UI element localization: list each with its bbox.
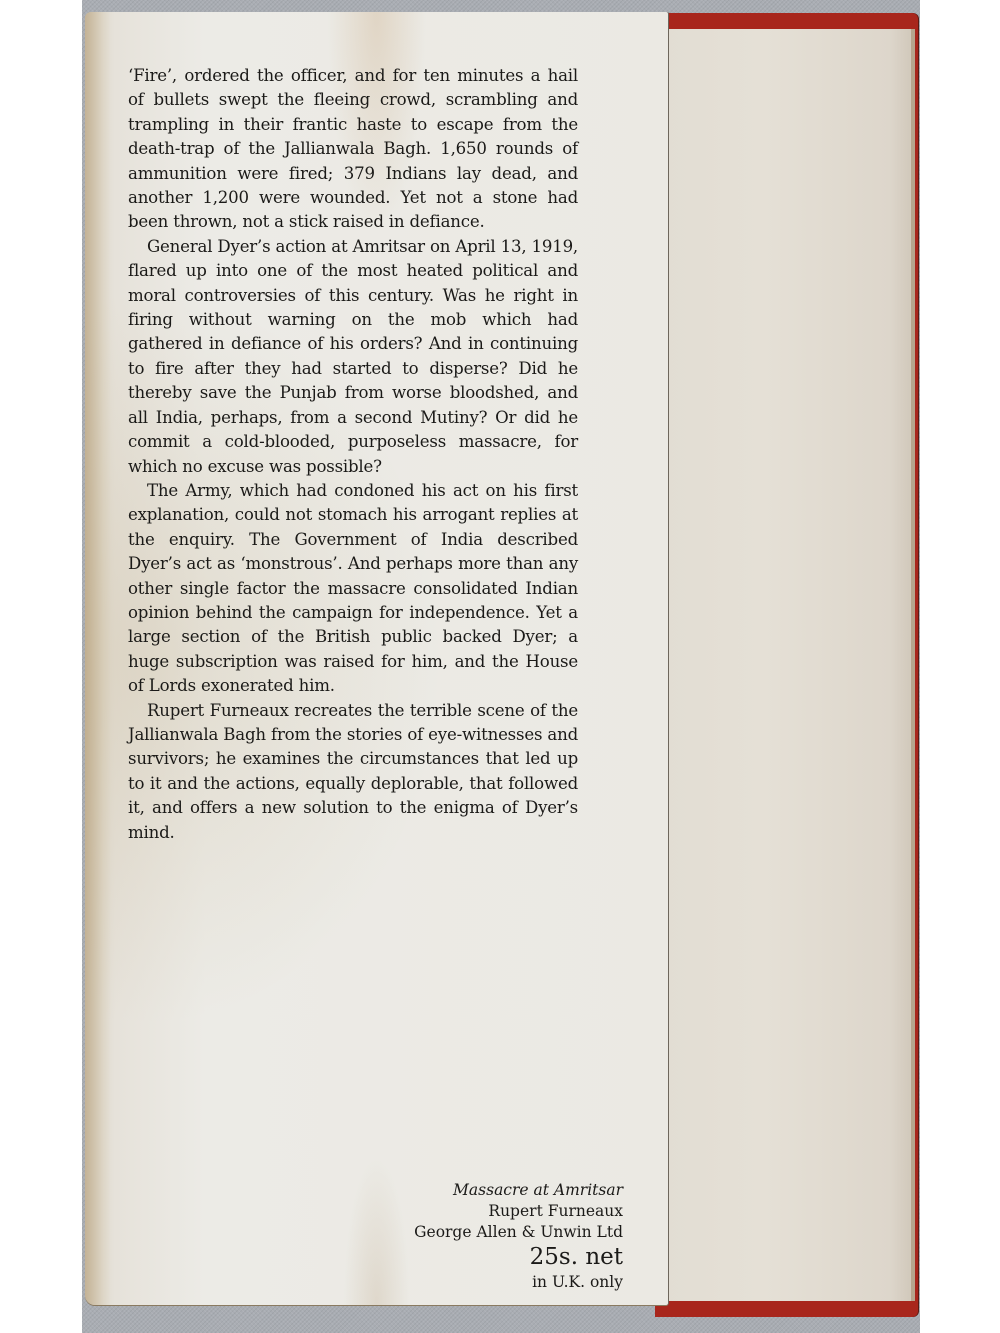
book-publisher: George Allen & Unwin Ltd <box>414 1222 623 1243</box>
photo-stage: ‘Fire’, ordered the officer, and for ten… <box>0 0 1000 1333</box>
blurb-paragraph: ‘Fire’, ordered the officer, and for ten… <box>128 64 578 235</box>
price-region: in U.K. only <box>414 1272 623 1292</box>
book-price: 25s. net <box>414 1243 623 1272</box>
blurb-paragraph: Rupert Furneaux recreates the terrible s… <box>128 699 578 845</box>
page-edge <box>911 29 915 1301</box>
imprint-block: Massacre at Amritsar Rupert Furneaux Geo… <box>414 1180 623 1292</box>
book-endpaper <box>660 29 915 1301</box>
book-author: Rupert Furneaux <box>414 1201 623 1222</box>
book-title: Massacre at Amritsar <box>414 1180 623 1201</box>
blurb-paragraph: General Dyer’s action at Amritsar on Apr… <box>128 235 578 479</box>
dust-jacket-flap: ‘Fire’, ordered the officer, and for ten… <box>85 12 668 1305</box>
blurb-text: ‘Fire’, ordered the officer, and for ten… <box>128 64 578 845</box>
blurb-paragraph: The Army, which had condoned his act on … <box>128 479 578 699</box>
